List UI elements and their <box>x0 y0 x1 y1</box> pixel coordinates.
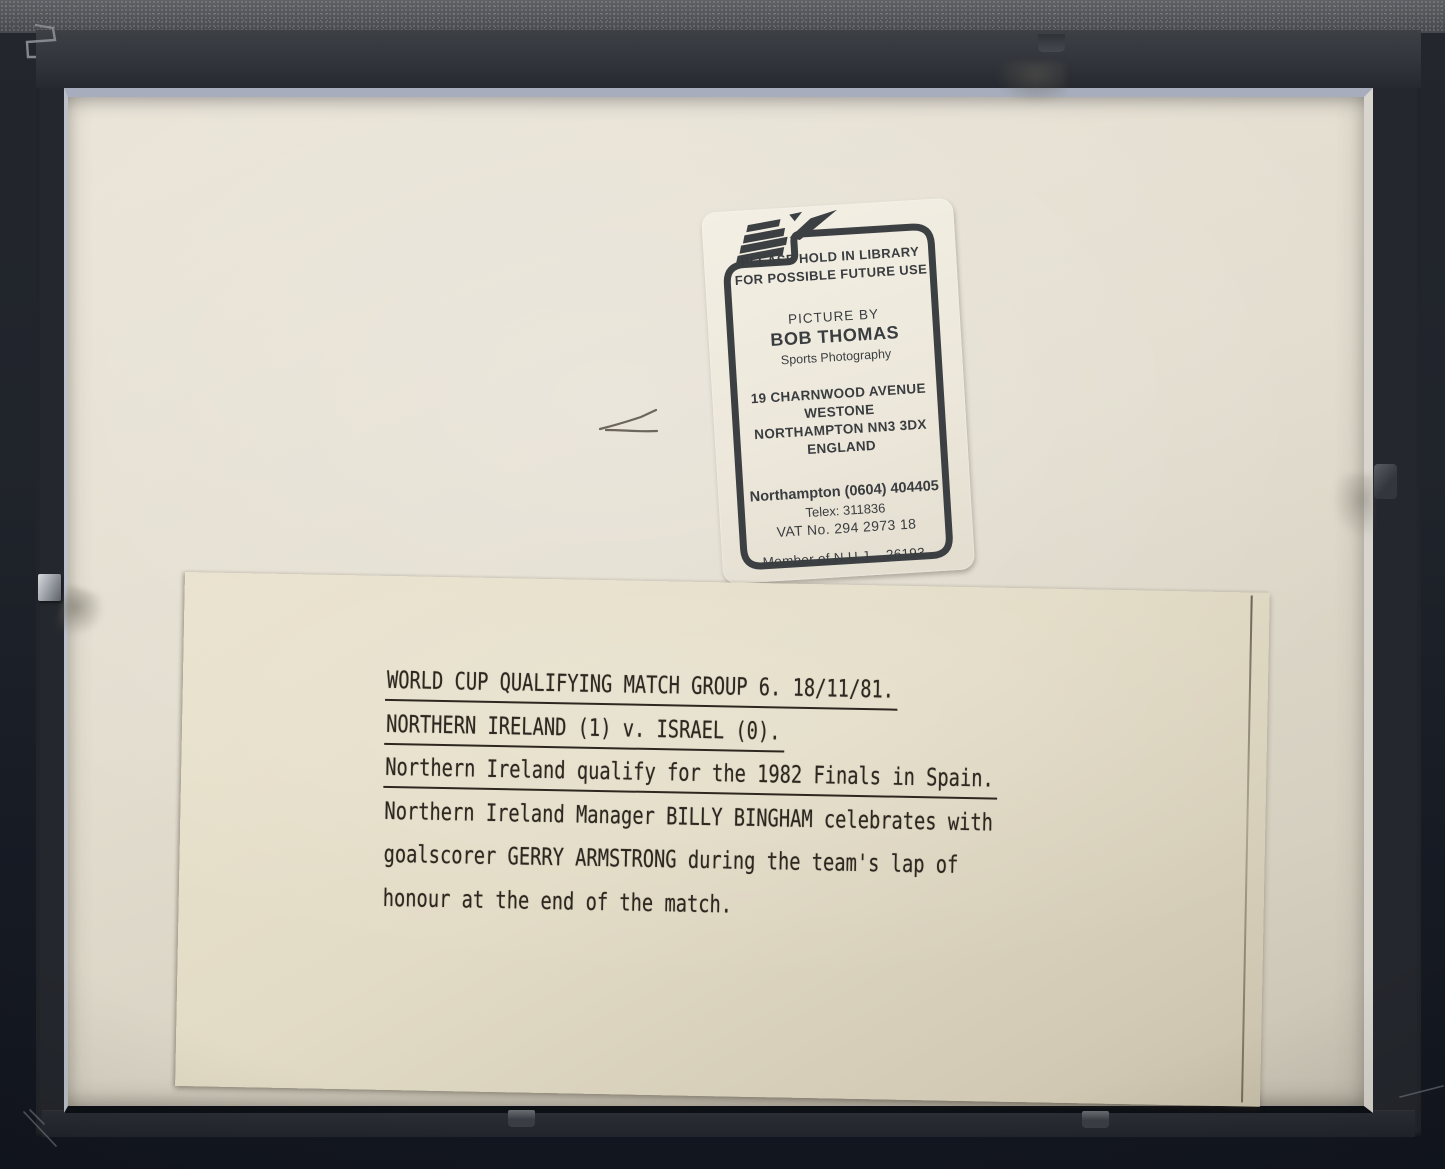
caption-line-text: honour at the end of the match. <box>383 883 733 918</box>
retaining-clip-bottom-left <box>508 1110 535 1127</box>
retaining-clip-left <box>38 574 61 601</box>
paper-crease-line <box>1241 595 1253 1102</box>
frame-top-bar <box>36 30 1421 88</box>
framed-photo-back: PLEASE HOLD IN LIBRARY FOR POSSIBLE FUTU… <box>0 0 1445 1169</box>
frame-bottom-bar <box>42 1110 1415 1137</box>
typed-caption: WORLD CUP QUALIFYING MATCH GROUP 6. 18/1… <box>382 666 999 939</box>
retaining-clip-bottom-right <box>1082 1111 1109 1128</box>
photographer-sticker: PLEASE HOLD IN LIBRARY FOR POSSIBLE FUTU… <box>701 198 975 585</box>
caption-line-text: WORLD CUP QUALIFYING MATCH GROUP 6. 18/1… <box>385 666 898 711</box>
caption-line-text: NORTHERN IRELAND (1) v. ISRAEL (0). <box>384 709 785 752</box>
caption-sheet: WORLD CUP QUALIFYING MATCH GROUP 6. 18/1… <box>175 572 1270 1107</box>
retaining-clip-right <box>1374 464 1397 499</box>
frame-outer-top-face <box>0 0 1445 33</box>
retaining-clip-top <box>1038 34 1065 52</box>
